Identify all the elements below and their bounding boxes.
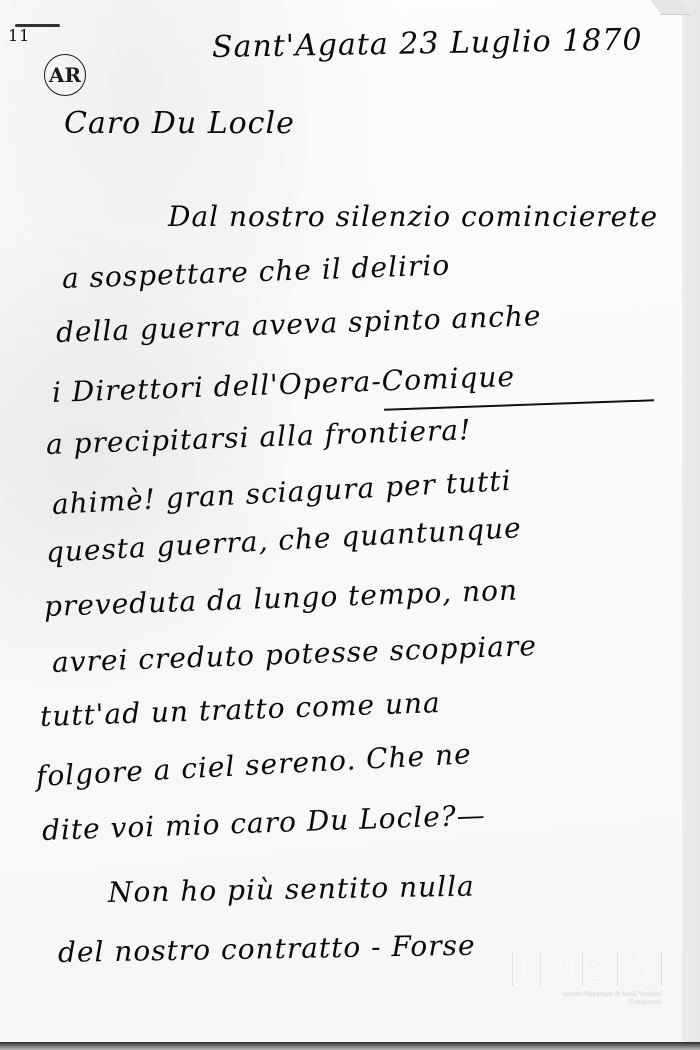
- monogram-stamp-icon: AR: [44, 54, 86, 96]
- insv-watermark: I N S V Istituto Nazionale di Studi Verd…: [512, 952, 662, 1012]
- watermark-logo: I N S V: [512, 952, 662, 986]
- underline-mark: [384, 399, 654, 410]
- watermark-letter: I: [512, 952, 538, 986]
- document-scan: 11 AR Sant'Agata 23 Luglio 1870 Caro Du …: [0, 0, 700, 1050]
- letter-line: Dal nostro silenzio comincierete: [168, 200, 658, 233]
- letter-line: a sospettare che il delirio: [61, 248, 450, 295]
- scan-bottom-edge: [0, 1042, 700, 1050]
- letter-line: dite voi mio caro Du Locle?—: [41, 799, 486, 847]
- letter-line: Non ho più sentito nulla: [108, 870, 475, 909]
- letter-line: questa guerra, che quantunque: [45, 511, 522, 569]
- letter-line: a precipitarsi alla frontiera!: [45, 413, 471, 461]
- archive-number: 11: [8, 26, 30, 45]
- letter-line: avrei creduto potesse scoppiare: [51, 629, 537, 679]
- watermark-letter: N: [540, 952, 580, 986]
- watermark-letter: S: [582, 952, 616, 986]
- letter-dateline: Sant'Agata 23 Luglio 1870: [212, 22, 643, 65]
- letter-line: preveduta da lungo tempo, non: [43, 573, 518, 623]
- letter-line: i Direttori dell'Opera-Comique: [51, 360, 515, 409]
- letter-line: folgore a ciel sereno. Che ne: [35, 737, 472, 793]
- letter-salutation: Caro Du Locle: [64, 106, 295, 141]
- letter-line: del nostro contratto - Forse: [58, 929, 476, 969]
- letter-line: della guerra aveva spinto anche: [55, 299, 542, 349]
- letter-line: tutt'ad un tratto come una: [39, 686, 441, 733]
- letter-sheet: 11 AR Sant'Agata 23 Luglio 1870 Caro Du …: [0, 0, 683, 1044]
- watermark-subtitle: Fondazione: [512, 998, 662, 1006]
- watermark-letter: V: [617, 952, 657, 986]
- scan-right-edge: [682, 0, 700, 1050]
- watermark-institution: Istituto Nazionale di Studi Verdiani: [512, 990, 662, 998]
- letter-line: ahimè! gran sciagura per tutti: [51, 464, 512, 521]
